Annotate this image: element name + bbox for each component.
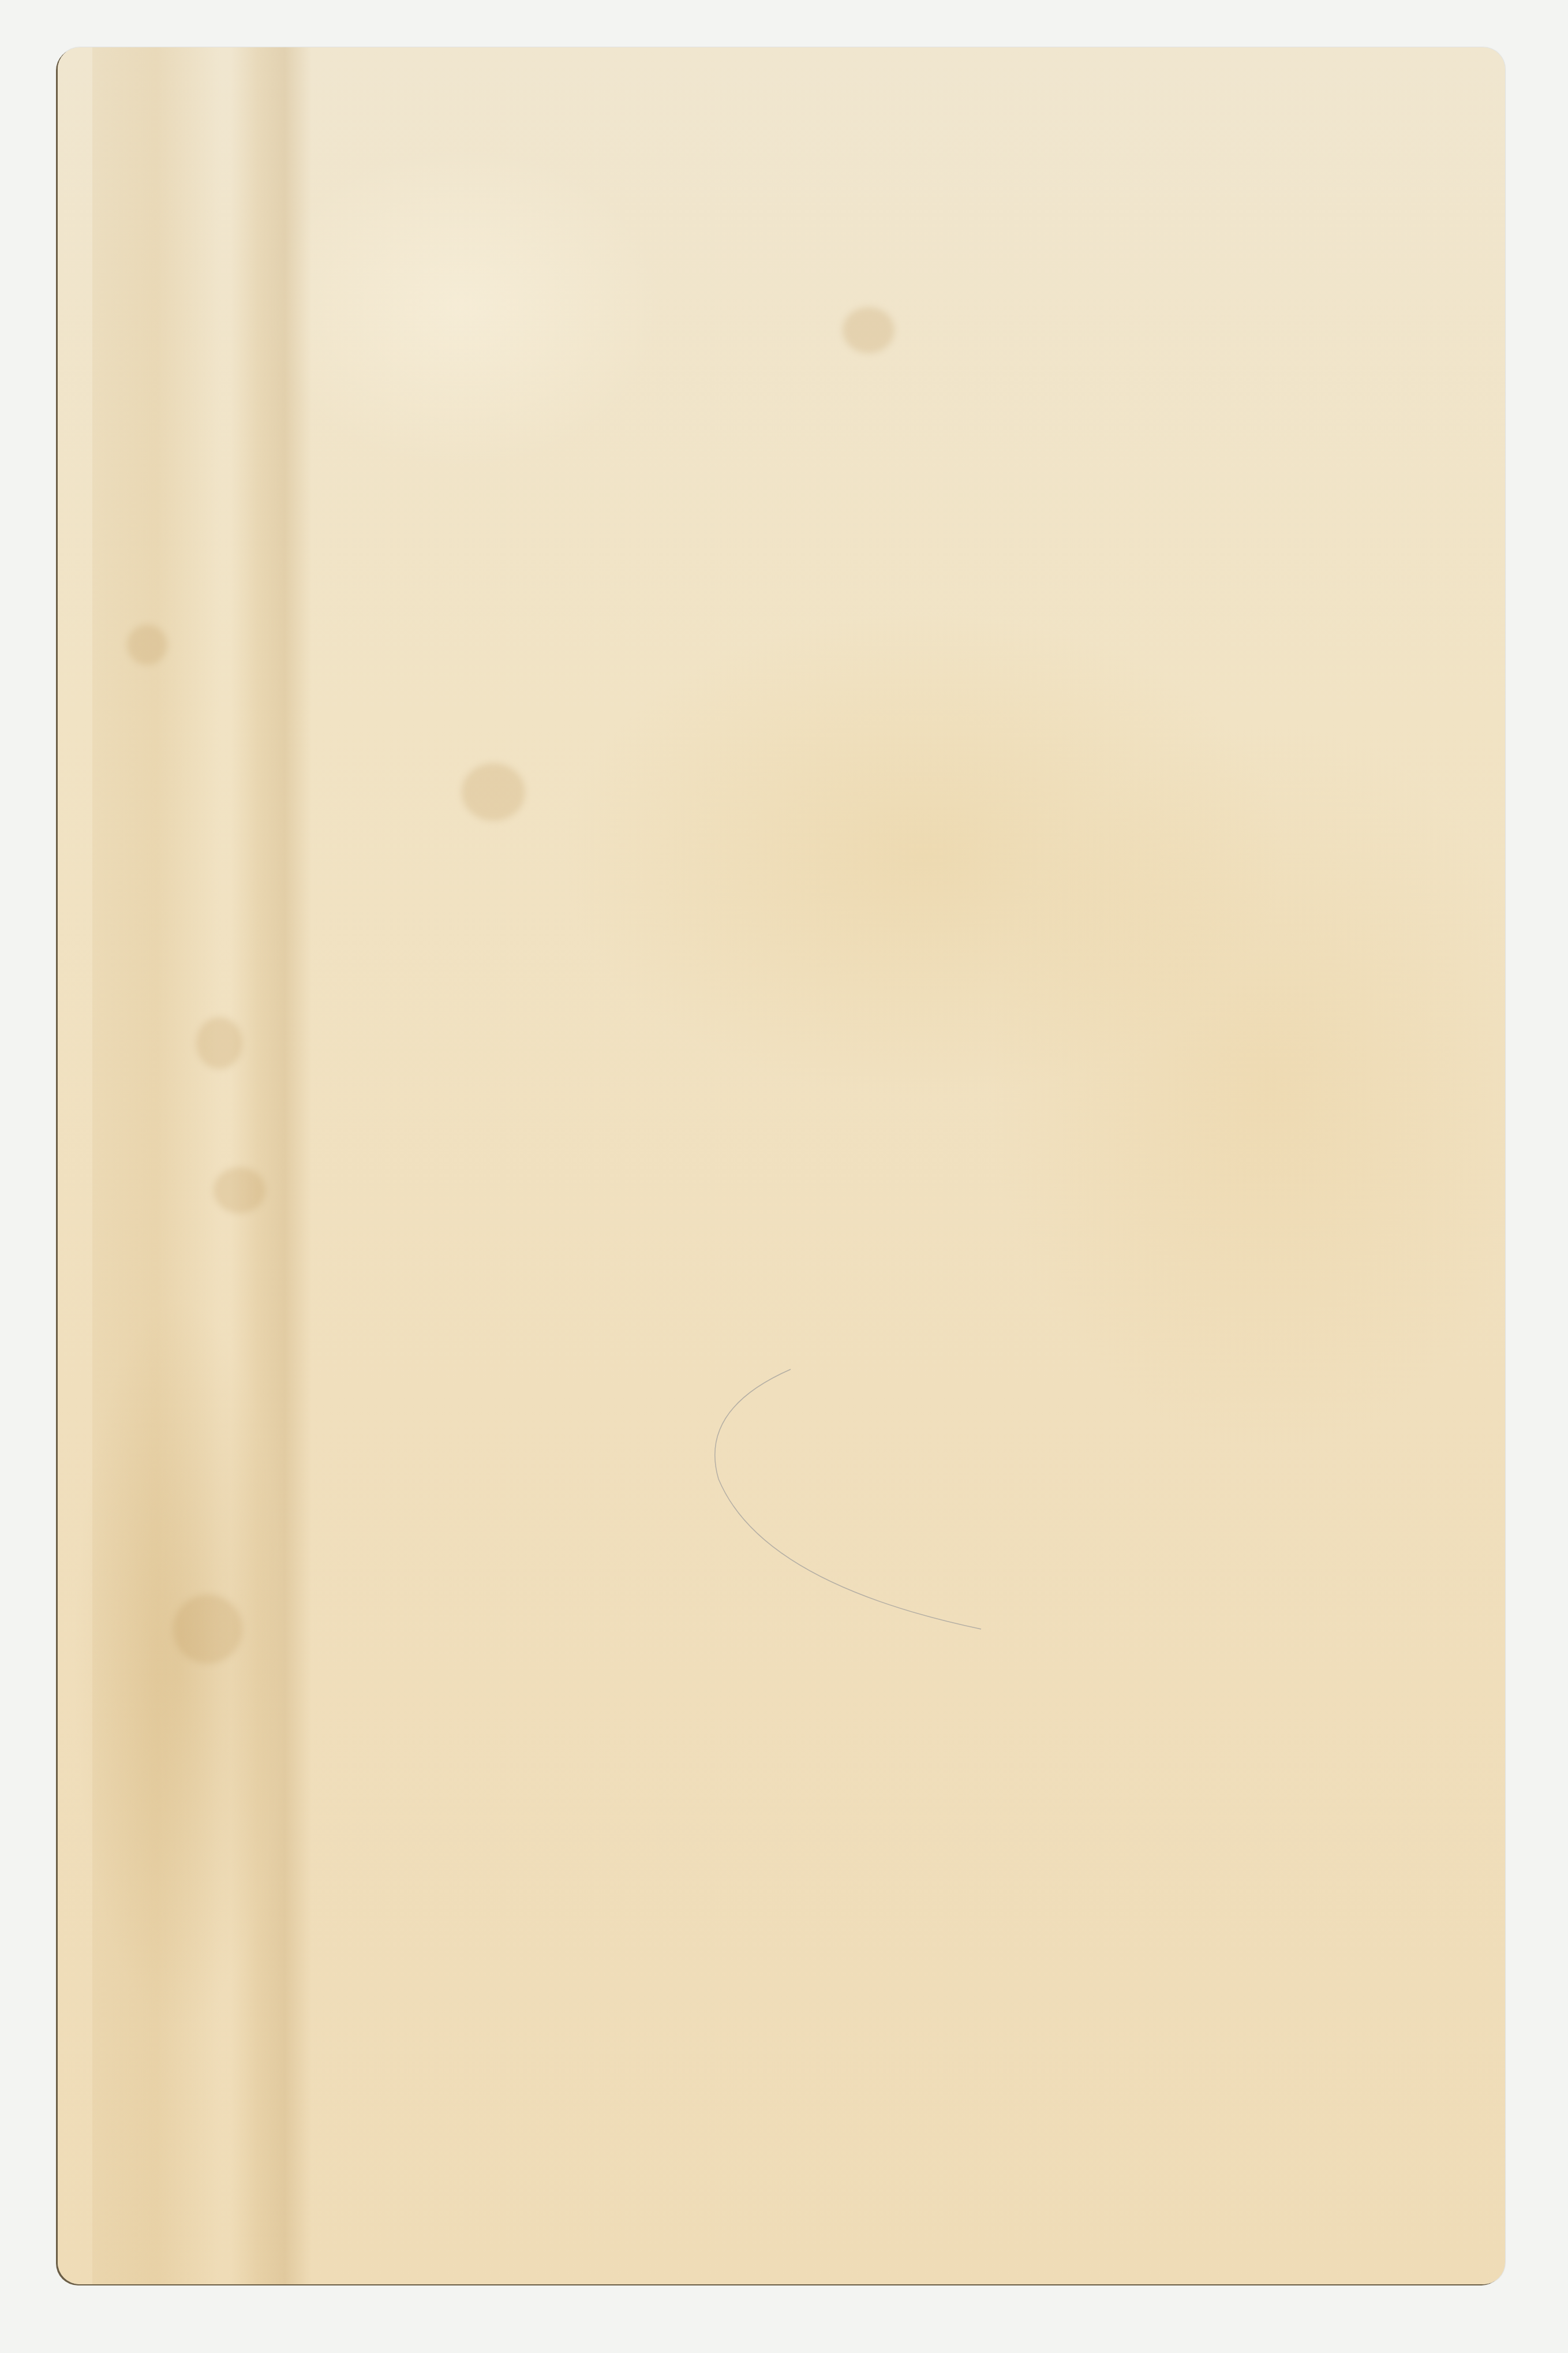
blank-card xyxy=(58,47,1505,2284)
left-edge-discoloration xyxy=(92,47,219,2284)
foxing-spot xyxy=(462,763,525,821)
foxing-spot xyxy=(214,1167,265,1213)
foxing-spot xyxy=(173,1594,242,1664)
vertical-stain-band xyxy=(231,47,312,2284)
pencil-arc-mark xyxy=(693,1329,1154,1675)
foxing-spot xyxy=(196,1017,242,1069)
foxing-spot xyxy=(127,625,167,665)
foxing-spot xyxy=(843,307,895,353)
